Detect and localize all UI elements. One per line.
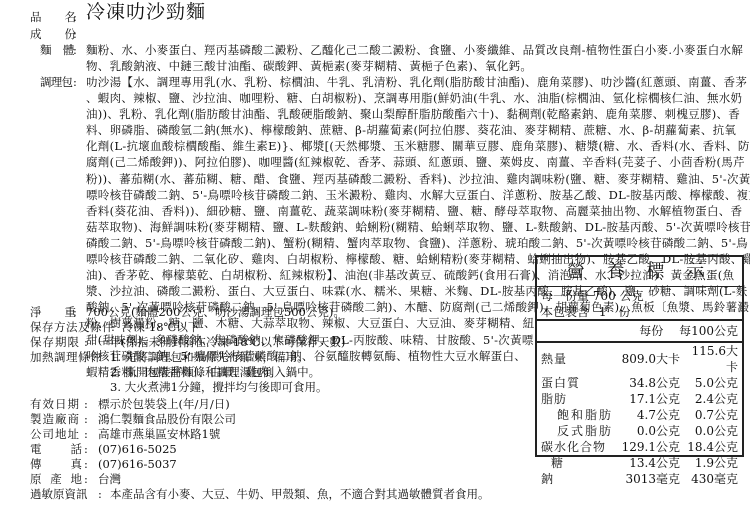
per-serving-value: 13.4公克 xyxy=(618,455,680,471)
per-serving-value: 809.0大卡 xyxy=(618,343,680,375)
fax-label: 傳 真 xyxy=(30,456,82,472)
servings-value: 1 份 xyxy=(599,305,631,319)
nutrient-name: 脂肪 xyxy=(537,391,618,407)
manufacturer-label: 製造廠商 xyxy=(30,411,80,427)
text-line: 香料(葵花油、香料))、細砂糖、鹽、南薑乾、蔬菜調味粉(麥芽糊精、鹽、糖、酵母萃… xyxy=(86,203,750,219)
nutrient-row-carbohydrate: 碳水化合物 129.1公克 18.4公克 xyxy=(537,439,742,455)
origin-value: 台灣 xyxy=(98,471,121,487)
text-line: 物、乳酸鈉液、中鏈三酸甘油酯、碳酸鉀、黃梔素(麥芽糊精、黃梔子色素)、氧化鈣。 xyxy=(86,58,743,74)
origin-label: 原 產 地 xyxy=(30,471,82,487)
allergen-label: 過敏原資訊 xyxy=(30,486,88,502)
colon: : xyxy=(84,396,88,412)
serving-info: 每一份量 700 公克 本包裝含 1 份 xyxy=(537,287,742,321)
serving-size-row: 每一份量 700 公克 xyxy=(541,288,738,304)
colon: : xyxy=(73,74,77,90)
noodle-ingredients-text: 麵粉、水、小麥蛋白、羥丙基磷酸二澱粉、乙醯化己二酸二澱粉、食鹽、小麥纖維、品質改… xyxy=(86,42,743,74)
net-weight-label: 淨 重 xyxy=(30,304,72,320)
address-value: 高雄市燕巢區安林路1號 xyxy=(98,426,220,442)
nutrient-row-energy: 熱量 809.0大卡 115.6大卡 xyxy=(537,343,742,375)
food-product-label: 品 名 : 冷凍叻沙勁麵 成 份 : 麵 體 : 麵粉、水、小麥蛋白、羥丙基磷酸… xyxy=(0,0,750,510)
colon: : xyxy=(98,486,102,502)
text-line: 化劑(L-抗壞血酸棕櫚酸酯、維生素E)}、椰漿[(天然椰漿、玉米糖膠、關華豆膠、… xyxy=(86,138,750,154)
colon: : xyxy=(73,304,77,320)
shelf-life-label: 保存期限 xyxy=(30,334,80,350)
per-100g-value: 115.6大卡 xyxy=(680,343,742,375)
nutrient-row-protein: 蛋白質 34.8公克 5.0公克 xyxy=(537,375,742,391)
text-line: 油))、乳粉、乳化劑(脂肪酸甘油酯、乳酸硬脂酸鈉、聚山梨醇酐脂肪酸酯六十)、黏稠… xyxy=(86,106,750,122)
nutrition-table: 熱量 809.0大卡 115.6大卡 蛋白質 34.8公克 5.0公克 脂肪 1… xyxy=(537,343,742,487)
expiry-label: 有效日期 xyxy=(30,396,80,412)
text-line: 、蝦肉、辣椒、鹽、沙拉油、咖哩粉、糖、白胡椒粉)、烹調專用脂(鮮奶油(牛乳、水、… xyxy=(86,90,750,106)
colon: : xyxy=(84,426,88,442)
nutrition-title: 營 養 標 示 xyxy=(537,257,742,287)
heating-instructions-label: 加熱調理條件 xyxy=(30,349,102,365)
nutrition-column-headers: 每份 每100公克 xyxy=(537,321,742,343)
manufacturer-value: 鴻仁製麵食品股份有限公司 xyxy=(98,411,236,427)
nutrient-row-trans-fat: 反式脂肪 0.0公克 0.0公克 xyxy=(537,423,742,439)
colon: : xyxy=(84,411,88,427)
text-line: 粉))、蕃茄糊(水、蕃茄糊、糖、醋、食鹽、羥丙基磷酸二澱粉、香料)、沙拉油、雞肉… xyxy=(86,171,750,187)
colon: : xyxy=(111,319,115,335)
per-serving-value: 129.1公克 xyxy=(618,439,680,455)
sauce-label: 調理包 xyxy=(40,74,72,90)
address-label: 公司地址 xyxy=(30,426,80,442)
text-line: 麵粉、水、小麥蛋白、羥丙基磷酸二澱粉、乙醯化己二酸二澱粉、食鹽、小麥纖維、品質改… xyxy=(86,42,743,58)
nutrient-name: 飽和脂肪 xyxy=(537,407,618,423)
shelf-life-value: 一年(係指未開封前在冷凍-18℃以下可保存天數) xyxy=(98,334,345,350)
noodle-label: 麵 體 xyxy=(40,42,72,58)
nutrient-row-fat: 脂肪 17.1公克 2.4公克 xyxy=(537,391,742,407)
text-line: 嘌呤核苷磷酸二鈉、5'-鳥嘌呤核苷磷酸二鈉、玉米澱粉、雞肉、水解大豆蛋白、洋蔥粉… xyxy=(86,187,750,203)
per-100g-value: 430毫克 xyxy=(680,471,742,487)
servings-label: 本包裝含 xyxy=(541,305,589,319)
serving-size-value: 700 公克 xyxy=(593,289,644,303)
text-line: 腐劑(己二烯酸鉀))、阿拉伯膠)、咖哩醬(紅辣椒乾、香茅、蒜頭、紅蔥頭、鹽、萊姆… xyxy=(86,154,750,170)
nutrient-name: 鈉 xyxy=(537,471,618,487)
colon: : xyxy=(84,441,88,457)
heating-step-2: 2. 撕開包裝將麵條和調理湯包倒入鍋中。 xyxy=(110,364,320,380)
text-line: 菇萃取物)、海鮮調味粉(麥芽糊精、鹽、L-麩酸鈉、蛤蜊粉(糊精、蛤蜊萃取物、鹽、… xyxy=(86,219,750,235)
allergen-value: 本產品含有小麥、大豆、牛奶、甲殼類、魚，不適合對其過敏體質者食用。 xyxy=(110,486,490,502)
nutrient-name: 糖 xyxy=(537,455,618,471)
nutrient-name: 熱量 xyxy=(537,343,618,375)
per-serving-value: 3013毫克 xyxy=(618,471,680,487)
fax-value: (07)616-5037 xyxy=(98,456,177,472)
per-100g-header: 每100公克 xyxy=(679,324,738,338)
phone-label: 電 話 xyxy=(30,441,82,457)
storage-method-label: 保存方法及條件 xyxy=(30,319,114,335)
text-line: 磷酸二鈉、5'-鳥嘌呤核苷磷酸二鈉)、蟹粉(糊精、蟹肉萃取物、食鹽)、洋蔥粉、琥… xyxy=(86,235,750,251)
per-100g-value: 0.7公克 xyxy=(680,407,742,423)
text-line: 料、卵磷脂、磷酸氫二鈉(無水)、檸檬酸鈉、蔗糖、β-胡蘿蔔素(阿拉伯膠、葵花油、… xyxy=(86,122,750,138)
nutrition-facts-panel: 營 養 標 示 每一份量 700 公克 本包裝含 1 份 每份 每100公克 熱… xyxy=(535,255,744,457)
per-100g-value: 2.4公克 xyxy=(680,391,742,407)
colon: : xyxy=(98,349,102,365)
per-100g-value: 18.4公克 xyxy=(680,439,742,455)
nutrient-name: 蛋白質 xyxy=(537,375,618,391)
per-serving-header: 每份 xyxy=(639,324,663,338)
storage-method-value: 冷凍-18℃以下 xyxy=(122,319,199,335)
product-name-label: 品 名 xyxy=(30,9,72,25)
per-100g-value: 1.9公克 xyxy=(680,455,742,471)
colon: : xyxy=(84,456,88,472)
colon: : xyxy=(73,42,77,58)
per-100g-value: 5.0公克 xyxy=(680,375,742,391)
per-serving-value: 4.7公克 xyxy=(618,407,680,423)
servings-per-package-row: 本包裝含 1 份 xyxy=(541,304,738,320)
product-name: 冷凍叻沙勁麵 xyxy=(86,4,206,20)
serving-size-label: 每一份量 xyxy=(541,289,589,303)
ingredients-label: 成 份 xyxy=(30,26,72,42)
nutrient-row-saturated-fat: 飽和脂肪 4.7公克 0.7公克 xyxy=(537,407,742,423)
text-line: 叻沙湯【水、調理專用乳(水、乳粉、棕櫚油、牛乳、乳清粉、乳化劑(脂肪酸甘油酯)、… xyxy=(86,74,750,90)
per-serving-value: 0.0公克 xyxy=(618,423,680,439)
expiry-value: 標示於包裝袋上(年/月/日) xyxy=(98,396,230,412)
nutrient-row-sugar: 糖 13.4公克 1.9公克 xyxy=(537,455,742,471)
per-100g-value: 0.0公克 xyxy=(680,423,742,439)
colon: : xyxy=(84,471,88,487)
net-weight-value: 700公克(麵體200公克、叻沙湯調理包500公克)。 xyxy=(86,304,345,320)
phone-value: (07)616-5025 xyxy=(98,441,177,457)
colon: : xyxy=(84,334,88,350)
per-serving-value: 17.1公克 xyxy=(618,391,680,407)
heating-step-3: 3. 大火煮沸1分鐘，攪拌均勻後即可食用。 xyxy=(110,379,327,395)
colon: : xyxy=(73,26,77,42)
heating-step-1: 1. 先將調理包和麵條先行解凍，備用。 xyxy=(110,349,309,365)
per-serving-value: 34.8公克 xyxy=(618,375,680,391)
nutrient-row-sodium: 鈉 3013毫克 430毫克 xyxy=(537,471,742,487)
nutrient-name: 碳水化合物 xyxy=(537,439,618,455)
nutrient-name: 反式脂肪 xyxy=(537,423,618,439)
colon: : xyxy=(73,9,77,25)
